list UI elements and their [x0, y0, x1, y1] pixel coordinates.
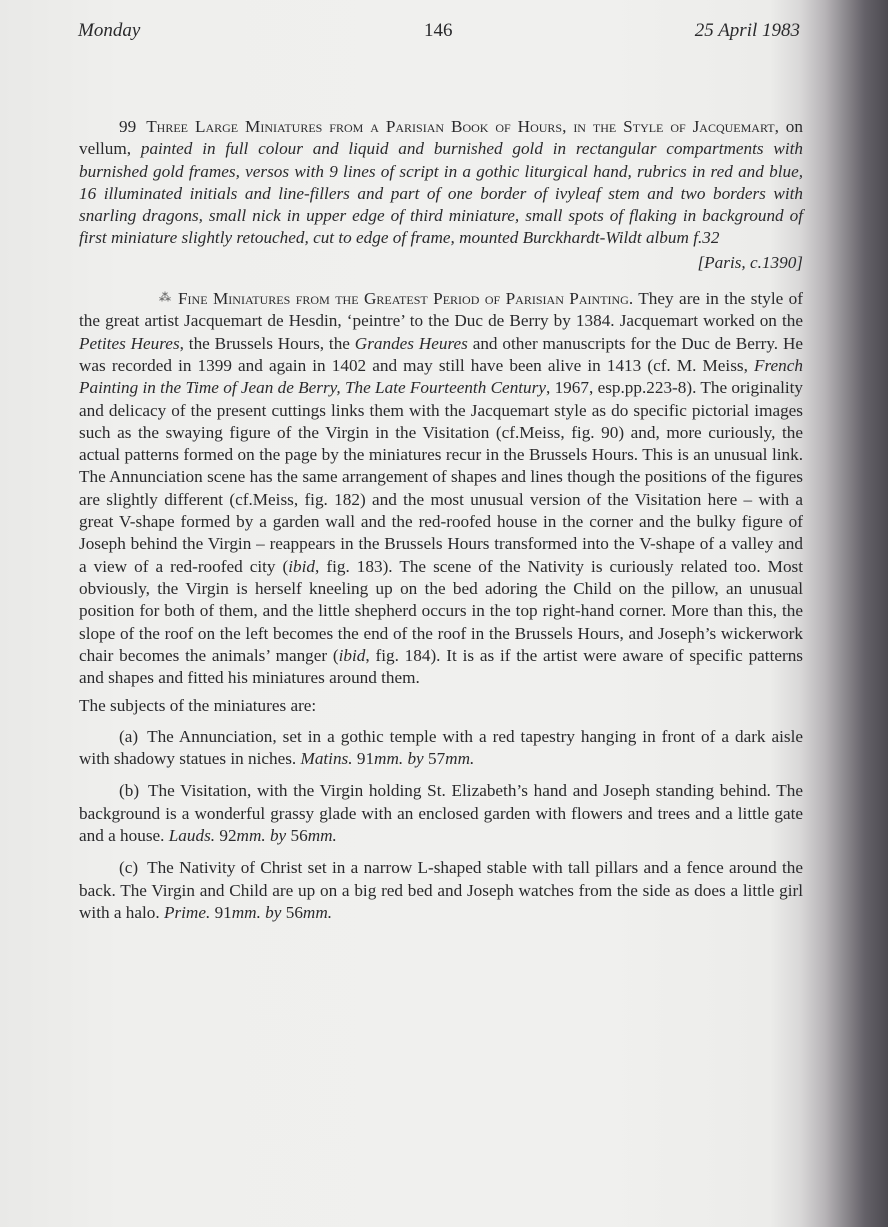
- running-head: Monday 146 25 April 1983: [78, 20, 800, 44]
- asterism-icon: ⁂: [119, 286, 170, 308]
- lot-title: Three Large Miniatures from a Parisian B…: [146, 117, 774, 136]
- page-number: 146: [424, 20, 453, 42]
- subject-unit: mm.: [308, 826, 337, 845]
- essay-segment: , the Brussels Hours, the: [180, 334, 355, 353]
- essay-italic-segment: ibid: [288, 557, 315, 576]
- subject-unit: mm.: [445, 749, 474, 768]
- lot-provenance: [Paris, c.1390]: [79, 252, 803, 274]
- subject-unit: mm. by: [374, 749, 424, 768]
- subject-unit: mm. by: [232, 903, 282, 922]
- subject-office: Matins.: [301, 749, 353, 768]
- essay-italic-segment: Petites Heures: [79, 334, 180, 353]
- running-head-day: Monday: [78, 20, 140, 42]
- page-body: 99Three Large Miniatures from a Parisian…: [79, 116, 803, 934]
- subject-item: (b)The Visitation, with the Virgin holdi…: [79, 780, 803, 847]
- subject-width: 56: [286, 826, 307, 845]
- subject-height: 92: [215, 826, 236, 845]
- lot-essay: ⁂Fine Miniatures from the Greatest Perio…: [79, 286, 803, 689]
- subject-item: (a)The Annunciation, set in a gothic tem…: [79, 726, 803, 771]
- subject-letter: (a): [119, 727, 138, 746]
- subject-height: 91: [353, 749, 374, 768]
- essay-heading: Fine Miniatures from the Greatest Period…: [178, 289, 633, 308]
- subject-height: 91: [210, 903, 231, 922]
- lot-entry: 99Three Large Miniatures from a Parisian…: [79, 116, 803, 250]
- subject-letter: (c): [119, 858, 138, 877]
- subject-unit: mm. by: [237, 826, 287, 845]
- subjects-intro: The subjects of the miniatures are:: [79, 695, 803, 717]
- lot-number: 99: [119, 117, 136, 136]
- essay-segment: , 1967, esp.pp.223-8). The originality a…: [79, 378, 803, 575]
- lot-description: painted in full colour and liquid and bu…: [79, 139, 803, 247]
- subject-unit: mm.: [303, 903, 332, 922]
- essay-italic-segment: Grandes Heures: [355, 334, 468, 353]
- subject-letter: (b): [119, 781, 139, 800]
- subject-width: 57: [424, 749, 445, 768]
- catalogue-page: Monday 146 25 April 1983 99Three Large M…: [0, 0, 888, 1227]
- essay-italic-segment: ibid: [339, 646, 366, 665]
- subject-item: (c)The Nativity of Christ set in a narro…: [79, 857, 803, 924]
- running-head-date: 25 April 1983: [695, 20, 800, 42]
- subject-width: 56: [281, 903, 302, 922]
- essay-body: They are in the style of the great artis…: [79, 289, 803, 687]
- subject-office: Prime.: [164, 903, 210, 922]
- subject-office: Lauds.: [169, 826, 215, 845]
